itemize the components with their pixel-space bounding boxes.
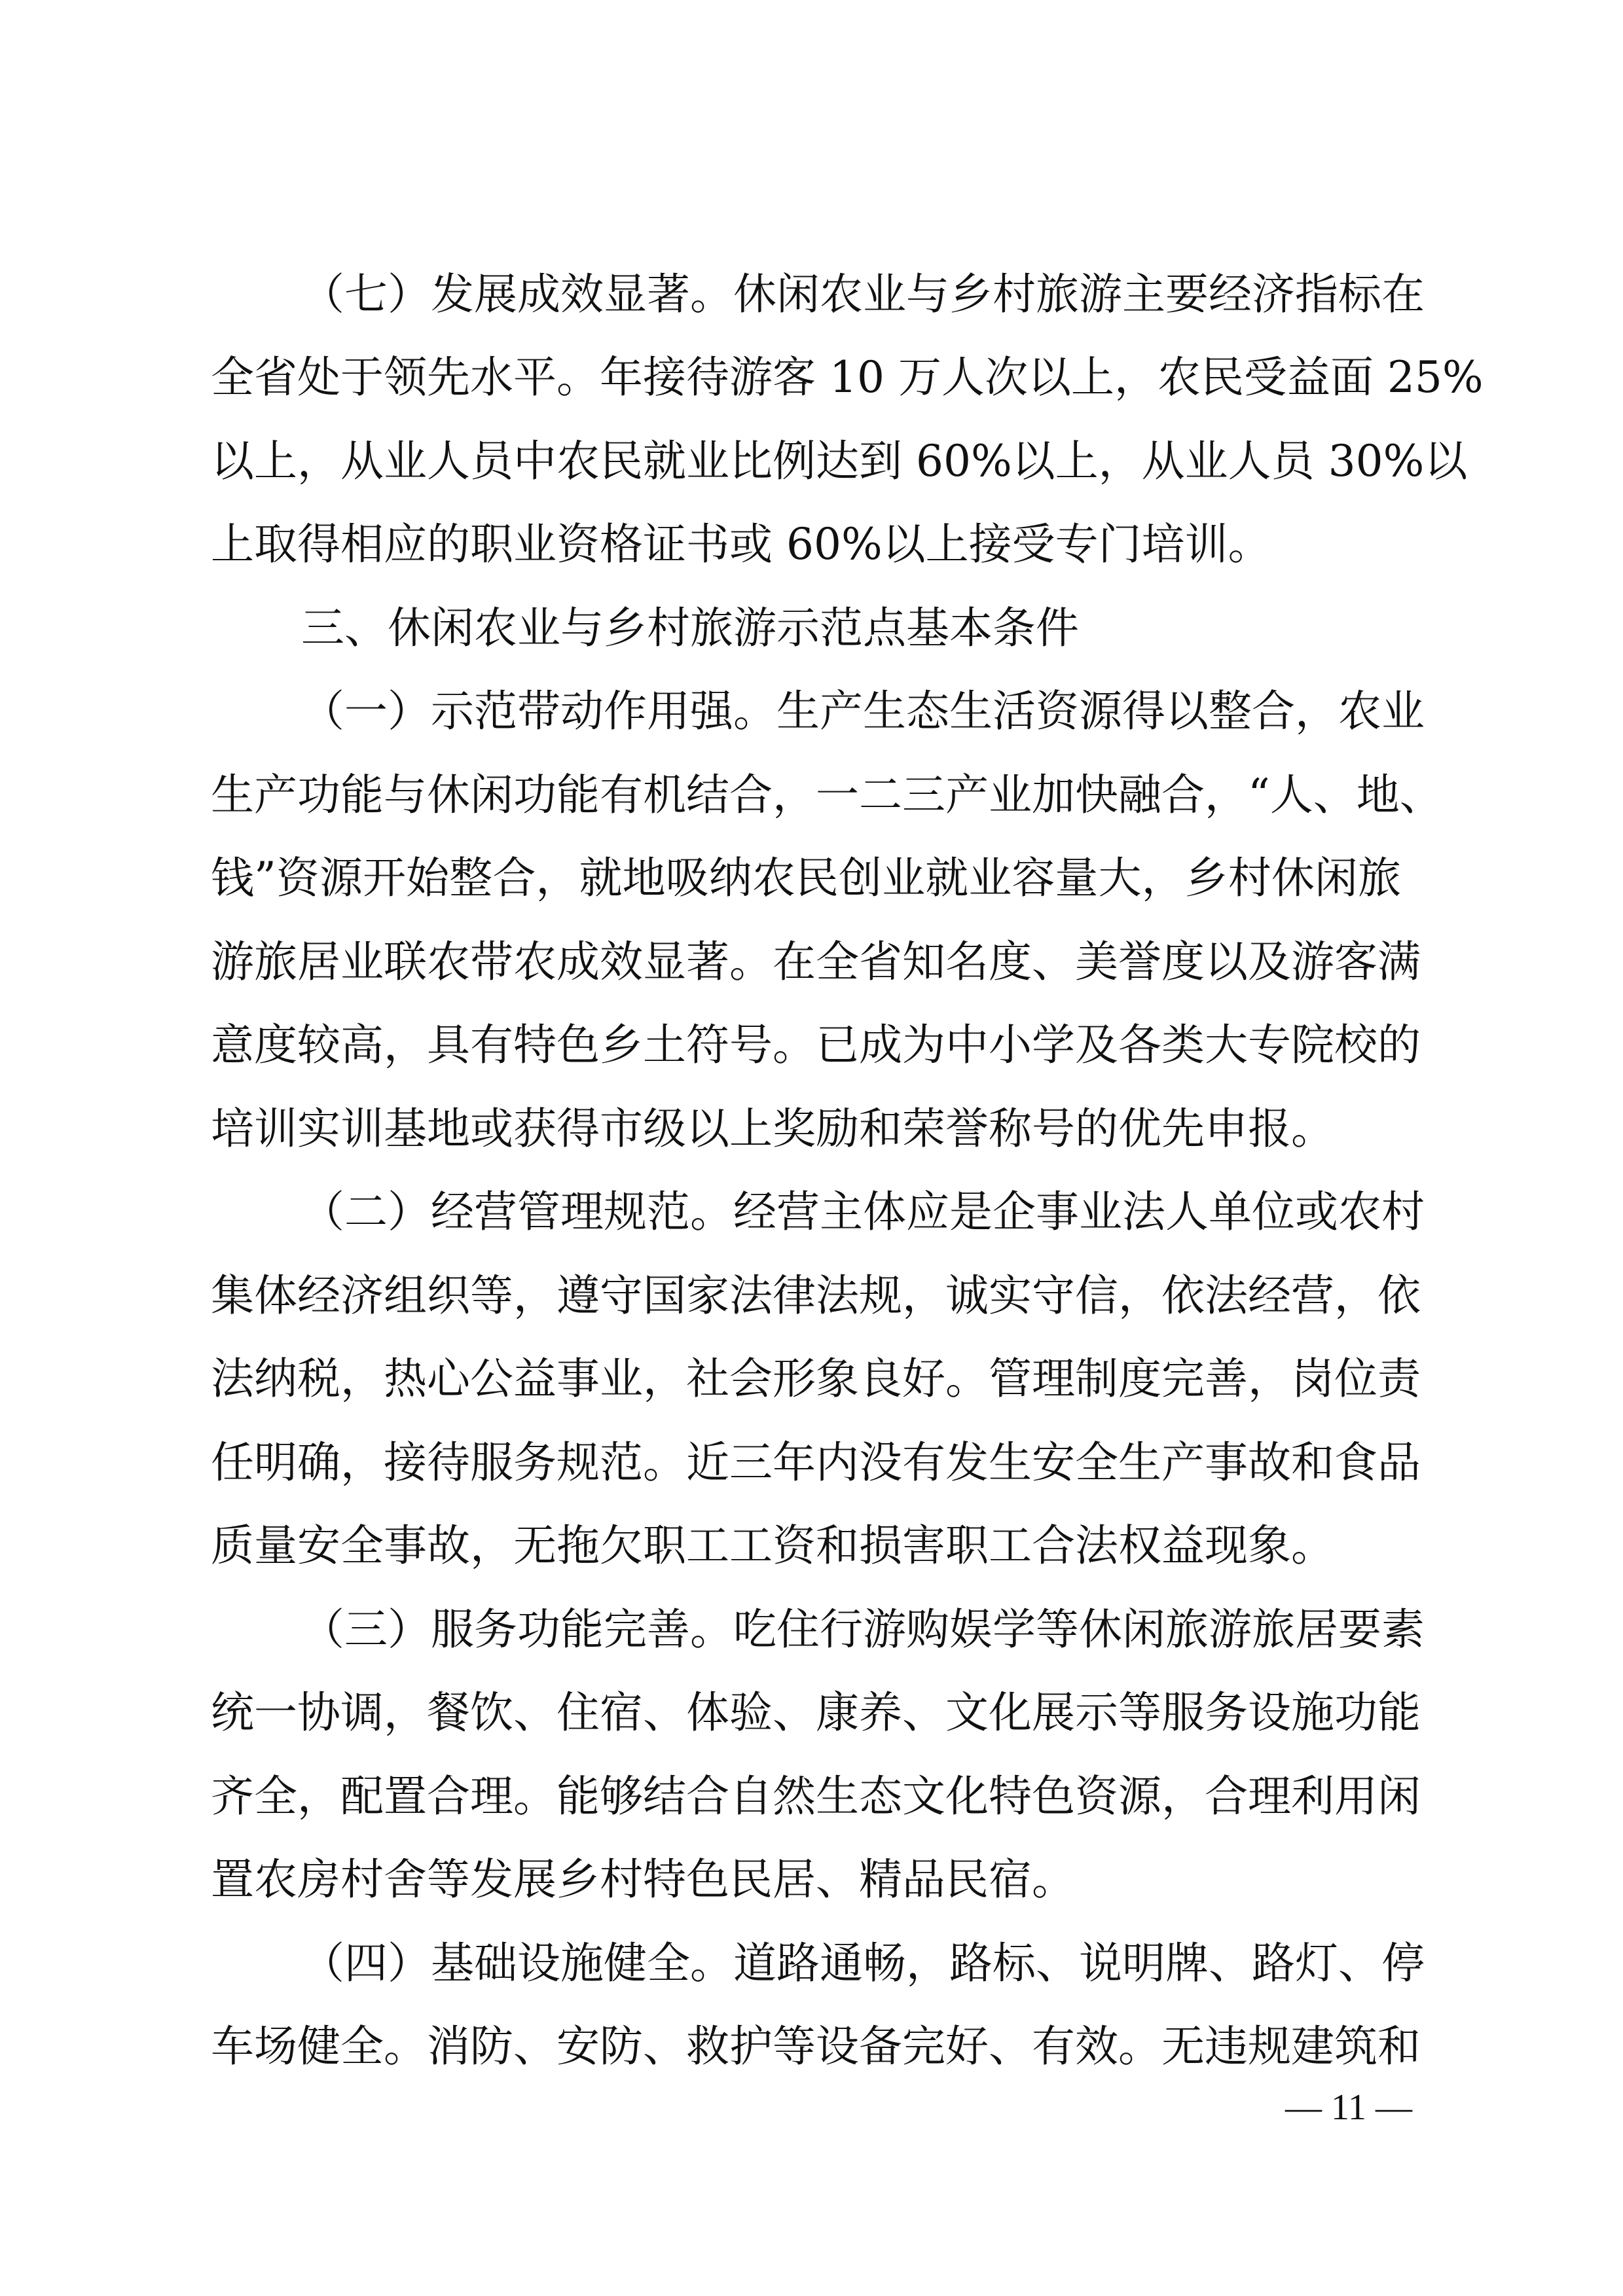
paragraph-line: 齐全，配置合理。能够结合自然生态文化特色资源，合理利用闲 xyxy=(211,1767,1401,1826)
paragraph-line: 以上，从业人员中农民就业比例达到 60%以上，从业人员 30%以 xyxy=(211,432,1401,491)
paragraph-line: 车场健全。消防、安防、救护等设备完好、有效。无违规建筑和 xyxy=(211,2017,1401,2076)
paragraph-line: 集体经济组织等，遵守国家法律法规，诚实守信，依法经营，依 xyxy=(211,1266,1401,1325)
paragraph-line: 统一协调，餐饮、住宿、体验、康养、文化展示等服务设施功能 xyxy=(211,1683,1401,1742)
paragraph-last-line: 培训实训基地或获得市级以上奖励和荣誉称号的优先申报。 xyxy=(211,1100,1401,1158)
paragraph-last-line: 上取得相应的职业资格证书或 60%以上接受专门培训。 xyxy=(211,515,1401,574)
paragraph-line: 钱”资源开始整合，就地吸纳农民创业就业容量大，乡村休闲旅 xyxy=(211,849,1401,908)
document-page: （七）发展成效显著。休闲农业与乡村旅游主要经济指标在全省处于领先水平。年接待游客… xyxy=(0,0,1623,2296)
paragraph-line: 任明确，接待服务规范。近三年内没有发生安全生产事故和食品 xyxy=(211,1433,1401,1492)
paragraph-line: 游旅居业联农带农成效显著。在全省知名度、美誉度以及游客满 xyxy=(211,933,1401,992)
paragraph-first-line: （三）服务功能完善。吃住行游购娱学等休闲旅游旅居要素 xyxy=(301,1600,1401,1659)
paragraph-last-line: 置农房村舍等发展乡村特色民居、精品民宿。 xyxy=(211,1850,1401,1909)
paragraph-first-line: （四）基础设施健全。道路通畅，路标、说明牌、路灯、停 xyxy=(301,1934,1401,1993)
section-heading: 三、休闲农业与乡村旅游示范点基本条件 xyxy=(301,599,1079,658)
paragraph-line: 法纳税，热心公益事业，社会形象良好。管理制度完善，岗位责 xyxy=(211,1350,1401,1408)
page-number: — 11 — xyxy=(1264,2085,1434,2130)
paragraph-last-line: 质量安全事故，无拖欠职工工资和损害职工合法权益现象。 xyxy=(211,1516,1401,1575)
paragraph-line: 全省处于领先水平。年接待游客 10 万人次以上，农民受益面 25% xyxy=(211,348,1401,407)
paragraph-first-line: （一）示范带动作用强。生产生态生活资源得以整合，农业 xyxy=(301,682,1401,741)
paragraph-first-line: （二）经营管理规范。经营主体应是企事业法人单位或农村 xyxy=(301,1183,1401,1242)
paragraph-line: 意度较高，具有特色乡土符号。已成为中小学及各类大专院校的 xyxy=(211,1016,1401,1075)
paragraph-first-line: （七）发展成效显著。休闲农业与乡村旅游主要经济指标在 xyxy=(301,265,1401,324)
paragraph-line: 生产功能与休闲功能有机结合，一二三产业加快融合，“人、地、 xyxy=(211,766,1401,825)
